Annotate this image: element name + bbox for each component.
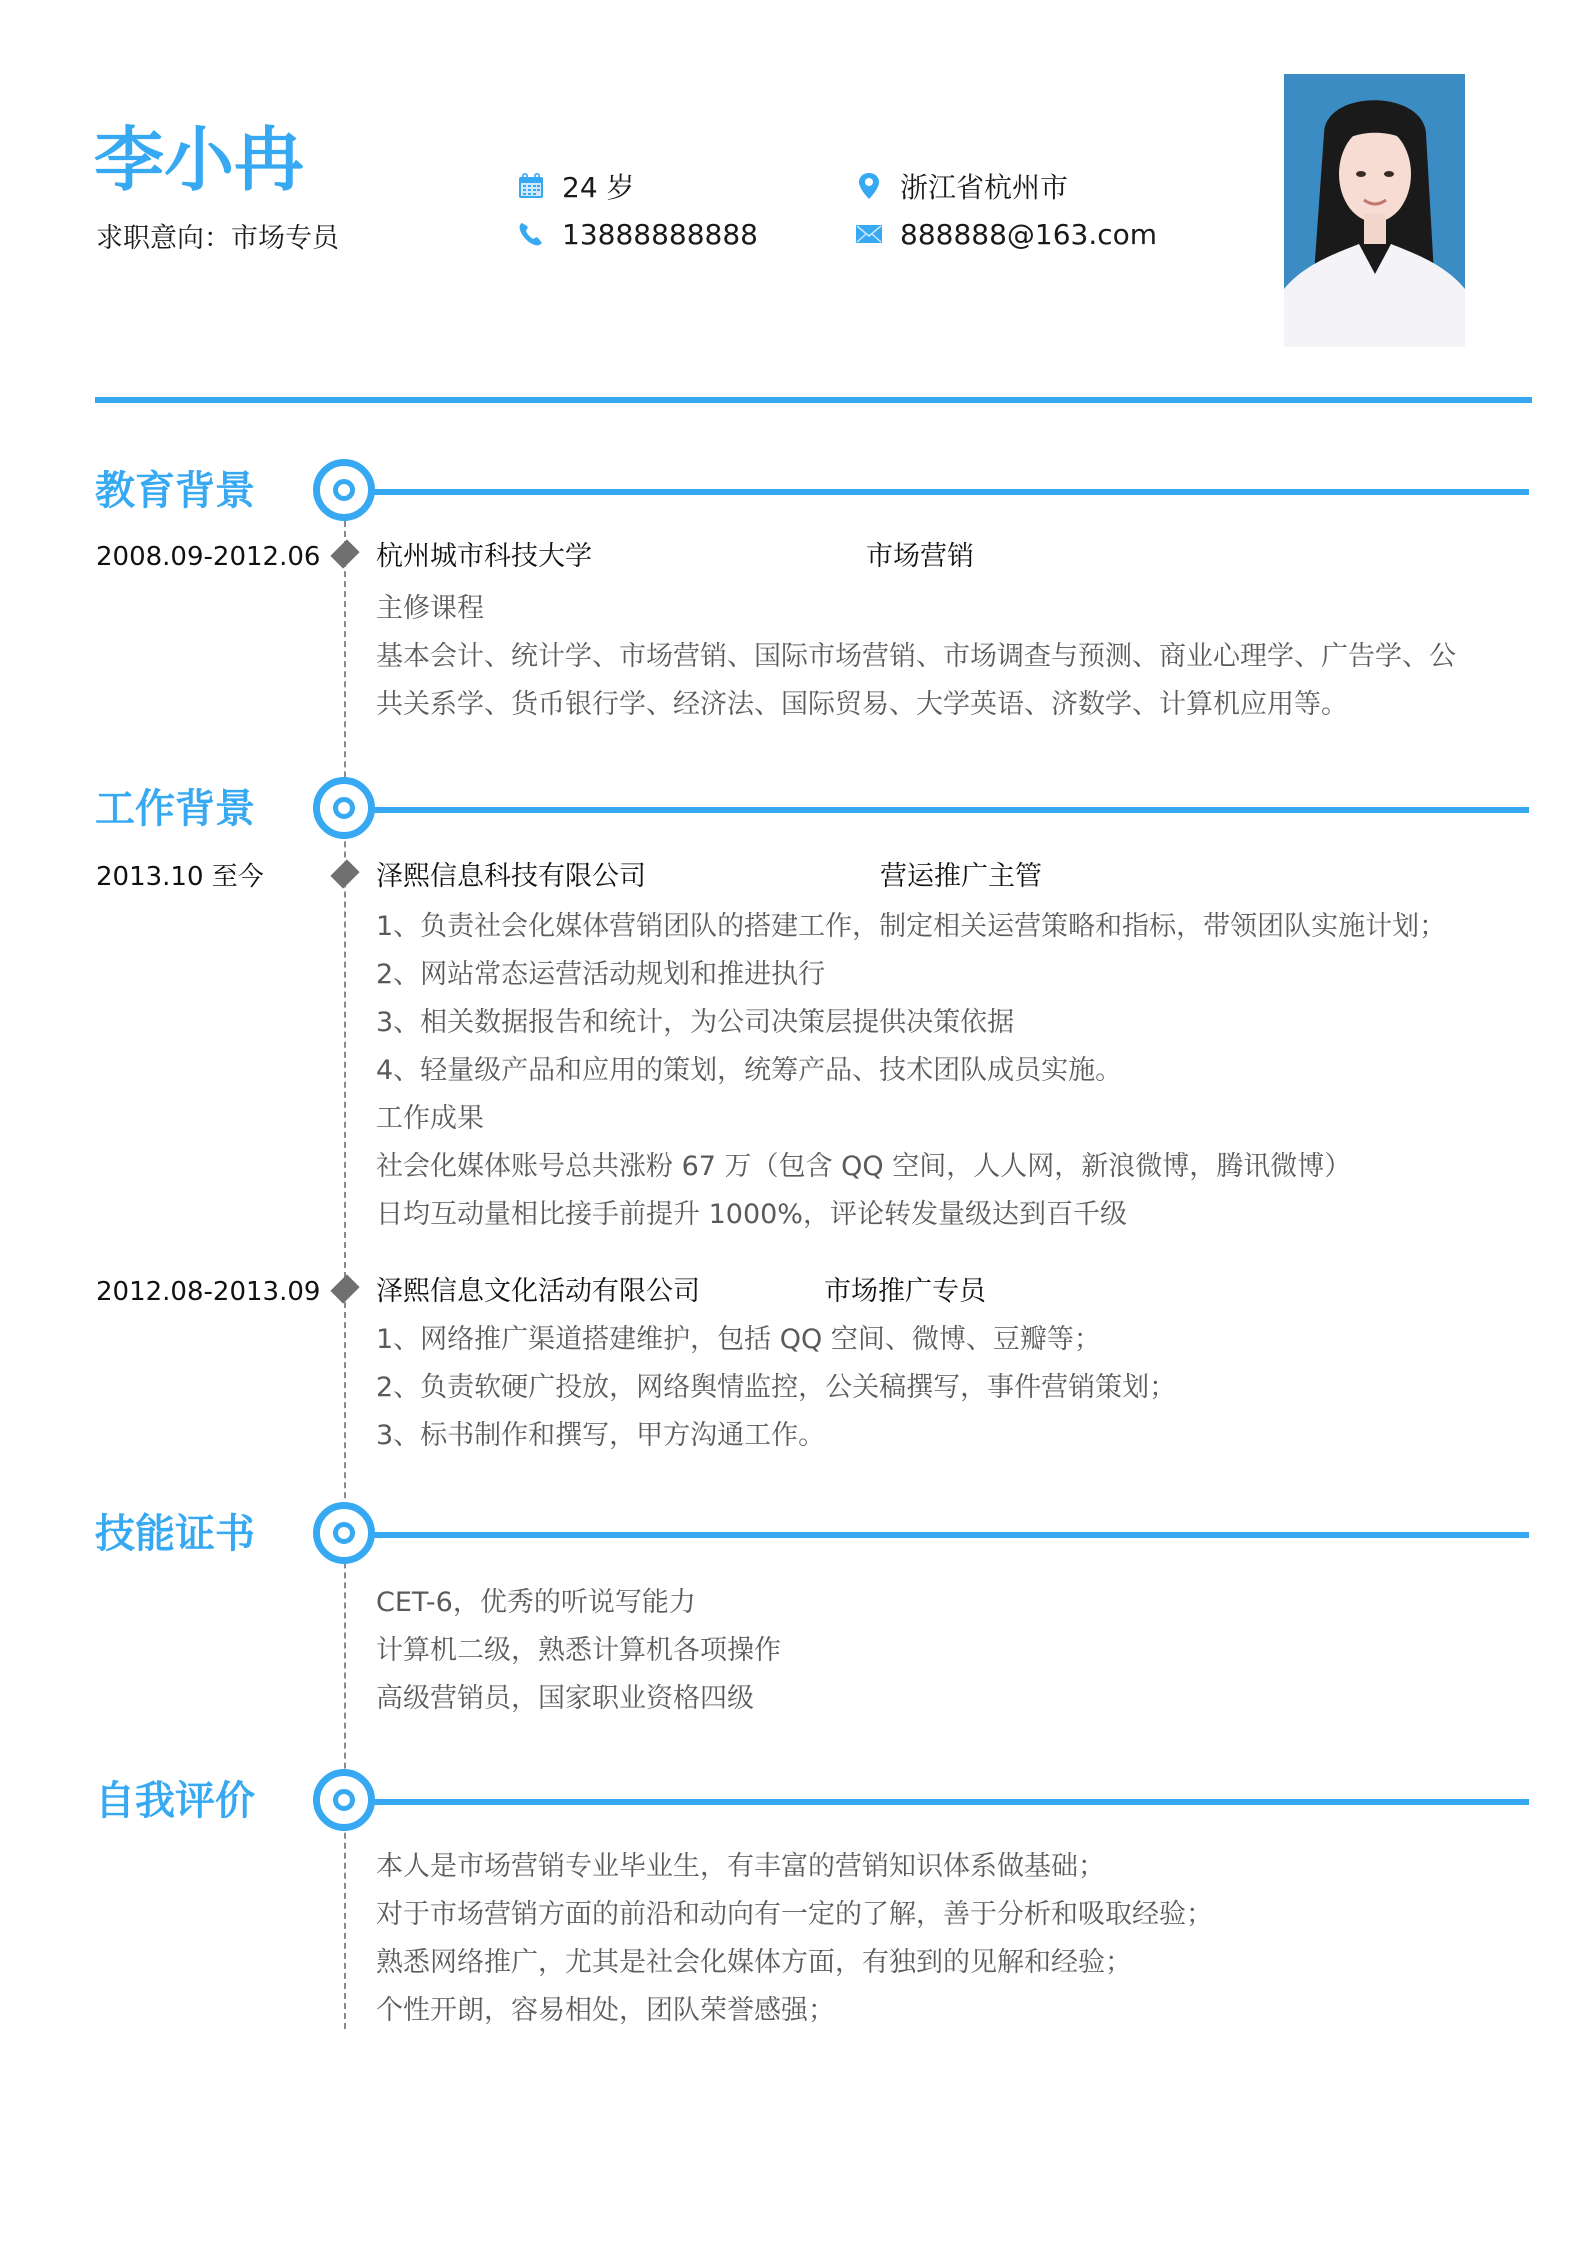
section-title-self-eval: 自我评价 [95,1776,255,1826]
entry-line: 日均互动量相比接手前提升 1000%，评论转发量级达到百千级 [376,1198,1127,1232]
envelope-icon [855,220,883,248]
skill-line: 高级营销员，国家职业资格四级 [376,1682,754,1716]
section-ring-icon [313,1502,375,1564]
entry-line: 4、轻量级产品和应用的策划，统筹产品、技术团队成员实施。 [376,1054,1122,1088]
info-location: 浙江省杭州市 [855,169,1068,203]
section-ring-icon [313,1769,375,1831]
self-eval-line: 熟悉网络推广，尤其是社会化媒体方面，有独到的见解和经验； [376,1946,1132,1980]
age-text: 24 岁 [562,166,635,206]
entry-line: 3、相关数据报告和统计，为公司决策层提供决策依据 [376,1006,1014,1040]
entry-line: 基本会计、统计学、市场营销、国际市场营销、市场调查与预测、商业心理学、广告学、公 [376,640,1456,674]
entry-line: 2、网站常态运营活动规划和推进执行 [376,958,825,992]
job-intent: 求职意向：市场专员 [96,222,339,256]
entry-line: 3、标书制作和撰写，甲方沟通工作。 [376,1419,825,1453]
diamond-marker-icon [330,859,359,888]
entry-org: 杭州城市科技大学 [376,540,592,574]
calendar-icon [517,172,545,200]
header-divider [95,397,1532,403]
entry-role: 市场推广专员 [824,1275,986,1309]
entry-org: 泽熙信息科技有限公司 [376,860,646,894]
section-line [372,1799,1529,1805]
entry-date: 2012.08-2013.09 [96,1275,320,1309]
section-title-education: 教育背景 [95,466,255,516]
info-phone[interactable]: 13888888888 [517,217,758,251]
section-line [372,807,1529,813]
skill-line: 计算机二级，熟悉计算机各项操作 [376,1634,781,1668]
diamond-marker-icon [330,1274,359,1303]
entry-date: 2008.09-2012.06 [96,540,320,574]
profile-photo [1284,74,1465,347]
entry-line: 社会化媒体账号总共涨粉 67 万（包含 QQ 空间，人人网，新浪微博，腾讯微博） [376,1150,1351,1184]
entry-line: 1、负责社会化媒体营销团队的搭建工作，制定相关运营策略和指标，带领团队实施计划； [376,910,1446,944]
entry-date: 2013.10 至今 [96,860,264,894]
candidate-name: 李小冉 [94,118,304,202]
phone-text[interactable]: 13888888888 [562,218,758,251]
diamond-marker-icon [330,539,359,568]
section-title-skills: 技能证书 [95,1509,255,1559]
entry-line: 工作成果 [376,1102,484,1136]
phone-icon [517,220,545,248]
self-eval-line: 个性开朗，容易相处，团队荣誉感强； [376,1994,835,2028]
location-text: 浙江省杭州市 [900,166,1068,206]
location-pin-icon [855,172,883,200]
entry-line: 主修课程 [376,592,484,626]
entry-line: 1、网络推广渠道搭建维护，包括 QQ 空间、微博、豆瓣等； [376,1323,1101,1357]
self-eval-line: 对于市场营销方面的前沿和动向有一定的了解，善于分析和吸取经验； [376,1898,1213,1932]
skill-line: CET-6，优秀的听说写能力 [376,1586,696,1620]
entry-role: 市场营销 [866,540,974,574]
section-ring-icon [313,777,375,839]
entry-role: 营运推广主管 [880,860,1042,894]
entry-line: 共关系学、货币银行学、经济法、国际贸易、大学英语、济数学、计算机应用等。 [376,688,1348,722]
self-eval-line: 本人是市场营销专业毕业生，有丰富的营销知识体系做基础； [376,1850,1105,1884]
entry-line: 2、负责软硬广投放，网络舆情监控，公关稿撰写，事件营销策划； [376,1371,1176,1405]
section-line [372,1532,1529,1538]
section-ring-icon [313,459,375,521]
info-age: 24 岁 [517,169,635,203]
section-line [372,489,1529,495]
entry-org: 泽熙信息文化活动有限公司 [376,1275,700,1309]
info-email[interactable]: 888888@163.com [855,217,1157,251]
email-text[interactable]: 888888@163.com [900,218,1157,251]
section-title-work: 工作背景 [95,784,255,834]
